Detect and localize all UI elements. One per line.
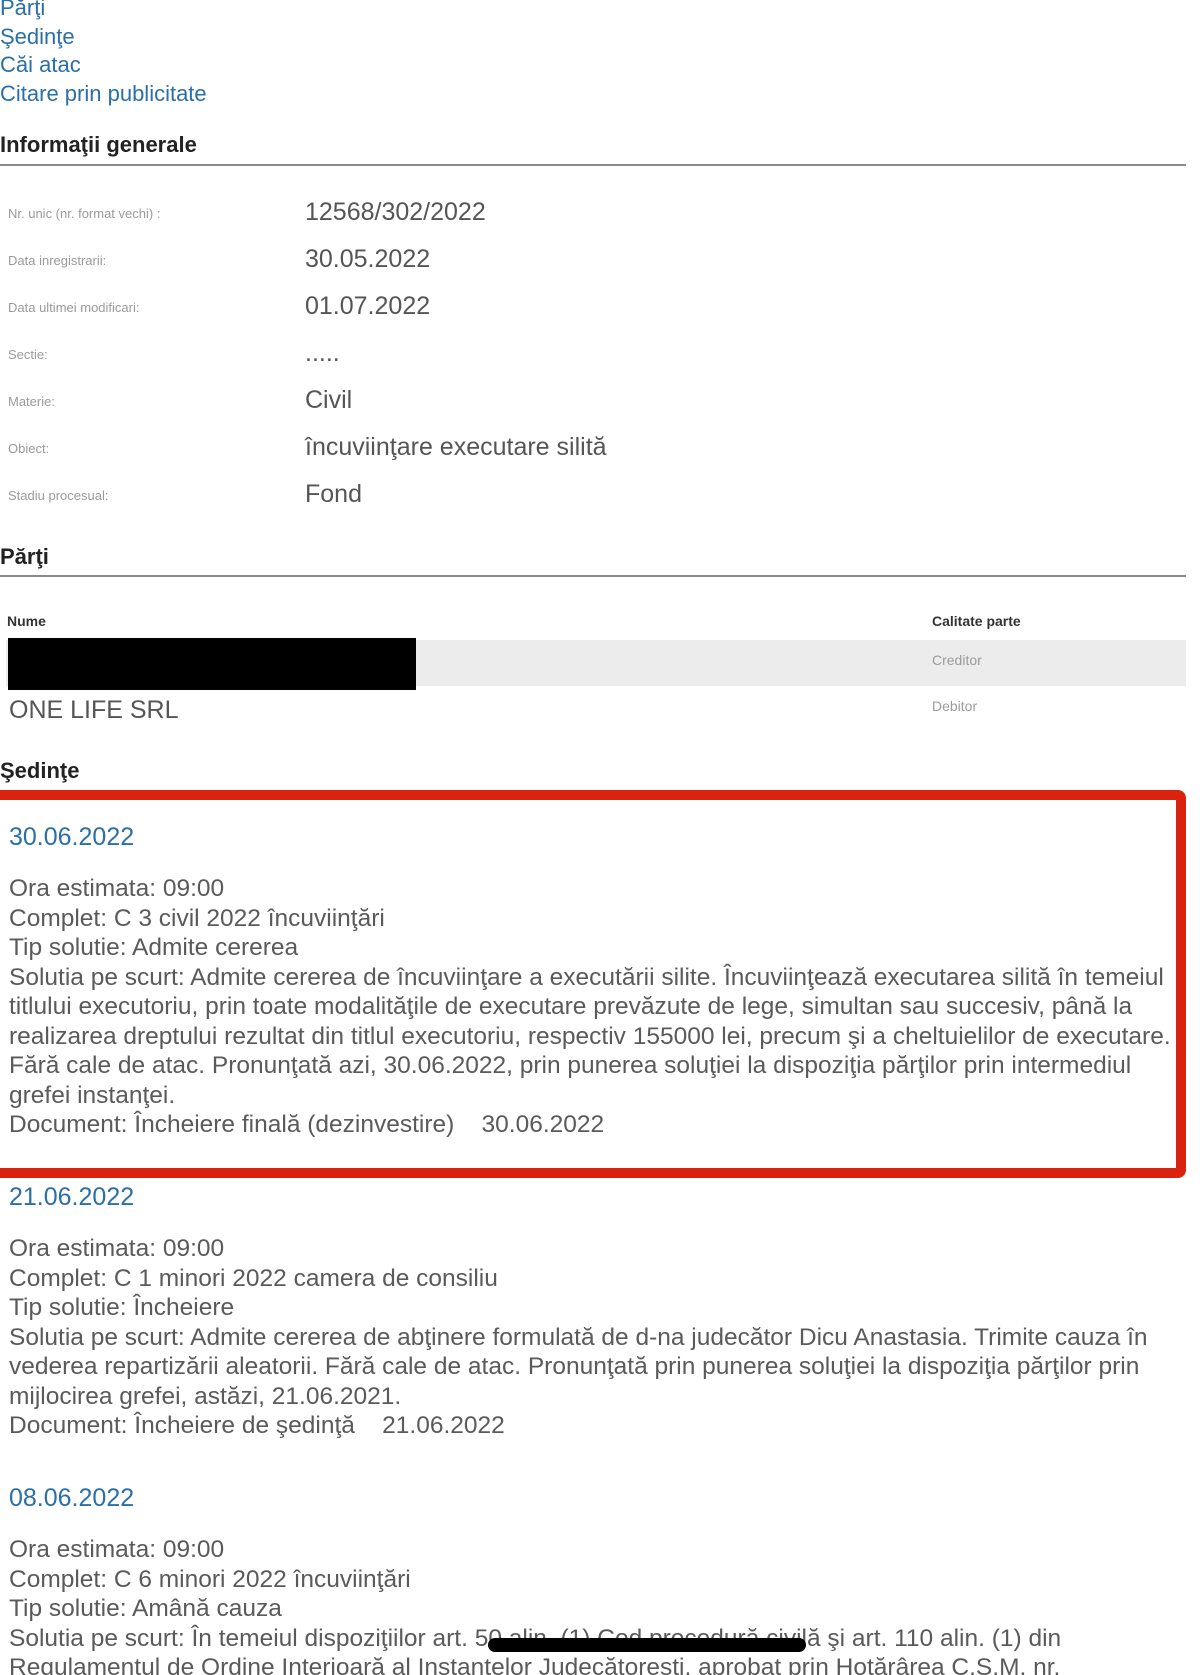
- column-header-name: Nume: [7, 613, 46, 629]
- general-info-divider: [0, 164, 1186, 166]
- section-nav: Părţi Şedinţe Căi atac Citare prin publi…: [0, 0, 207, 108]
- nav-link-sedinte[interactable]: Şedinţe: [0, 23, 207, 52]
- party-name: ONE LIFE SRL: [9, 696, 179, 725]
- hearing-solution-type: Tip solutie: Admite cererea: [9, 933, 1179, 963]
- hearing-solution-type: Tip solutie: Încheiere: [9, 1293, 1179, 1323]
- hearing-summary: Solutia pe scurt: Admite cererea de încu…: [9, 963, 1179, 1111]
- hearing-date-link[interactable]: 21.06.2022: [9, 1183, 1179, 1212]
- hearing-time: Ora estimata: 09:00: [9, 1535, 1179, 1565]
- info-row-stadiu: Stadiu procesual: Fond: [0, 472, 1186, 519]
- hearing-time: Ora estimata: 09:00: [9, 1234, 1179, 1264]
- hearing-item: 21.06.2022 Ora estimata: 09:00 Complet: …: [9, 1183, 1179, 1441]
- info-label: Materie:: [8, 394, 55, 409]
- hearing-details: Ora estimata: 09:00 Complet: C 3 civil 2…: [9, 874, 1179, 1140]
- info-label: Nr. unic (nr. format vechi) :: [8, 206, 160, 221]
- hearing-summary: Solutia pe scurt: Admite cererea de abţi…: [9, 1323, 1179, 1412]
- info-value: 12568/302/2022: [305, 198, 486, 227]
- party-role: Debitor: [932, 698, 977, 714]
- info-value: 01.07.2022: [305, 292, 430, 321]
- nav-link-citare[interactable]: Citare prin publicitate: [0, 80, 207, 109]
- hearing-document: Document: Încheiere de şedinţă 21.06.202…: [9, 1411, 1179, 1441]
- info-row-nr-unic: Nr. unic (nr. format vechi) : 12568/302/…: [0, 190, 1186, 237]
- info-value: Civil: [305, 386, 352, 415]
- info-label: Obiect:: [8, 441, 49, 456]
- hearing-solution-type: Tip solutie: Amână cauza: [9, 1594, 1179, 1624]
- hearing-date-link[interactable]: 30.06.2022: [9, 823, 1179, 852]
- info-label: Data ultimei modificari:: [8, 300, 140, 315]
- info-row-obiect: Obiect: încuviinţare executare silită: [0, 425, 1186, 472]
- redacted-party-name: [8, 638, 416, 690]
- info-value: încuviinţare executare silită: [305, 433, 607, 462]
- nav-link-cai-atac[interactable]: Căi atac: [0, 51, 207, 80]
- info-value: Fond: [305, 480, 362, 509]
- hearing-details: Ora estimata: 09:00 Complet: C 1 minori …: [9, 1234, 1179, 1441]
- hearings-title: Şedinţe: [0, 758, 79, 784]
- hearing-panel: Complet: C 3 civil 2022 încuviinţări: [9, 904, 1179, 934]
- general-info-title: Informaţii generale: [0, 132, 197, 158]
- hearing-panel: Complet: C 1 minori 2022 camera de consi…: [9, 1264, 1179, 1294]
- info-label: Sectie:: [8, 347, 48, 362]
- info-row-data-modificarii: Data ultimei modificari: 01.07.2022: [0, 284, 1186, 331]
- hearing-time: Ora estimata: 09:00: [9, 874, 1179, 904]
- info-row-materie: Materie: Civil: [0, 378, 1186, 425]
- info-value: .....: [305, 339, 340, 368]
- info-label: Data inregistrarii:: [8, 253, 106, 268]
- info-value: 30.05.2022: [305, 245, 430, 274]
- nav-link-parti[interactable]: Părţi: [0, 0, 207, 23]
- parties-divider: [0, 575, 1186, 577]
- info-label: Stadiu procesual:: [8, 488, 108, 503]
- hearing-details: Ora estimata: 09:00 Complet: C 6 minori …: [9, 1535, 1179, 1675]
- hearing-document: Document: Încheiere finală (dezinvestire…: [9, 1110, 1179, 1140]
- column-header-role: Calitate parte: [932, 613, 1021, 629]
- info-row-sectie: Sectie: .....: [0, 331, 1186, 378]
- redaction-stroke: [488, 1638, 806, 1652]
- hearing-panel: Complet: C 6 minori 2022 încuviinţări: [9, 1565, 1179, 1595]
- table-row: ONE LIFE SRL Debitor: [6, 686, 1186, 732]
- info-row-data-inregistrarii: Data inregistrarii: 30.05.2022: [0, 237, 1186, 284]
- hearing-item: 30.06.2022 Ora estimata: 09:00 Complet: …: [9, 823, 1179, 1140]
- party-role: Creditor: [932, 652, 982, 668]
- parties-title: Părţi: [0, 544, 49, 570]
- hearing-date-link[interactable]: 08.06.2022: [9, 1484, 1179, 1513]
